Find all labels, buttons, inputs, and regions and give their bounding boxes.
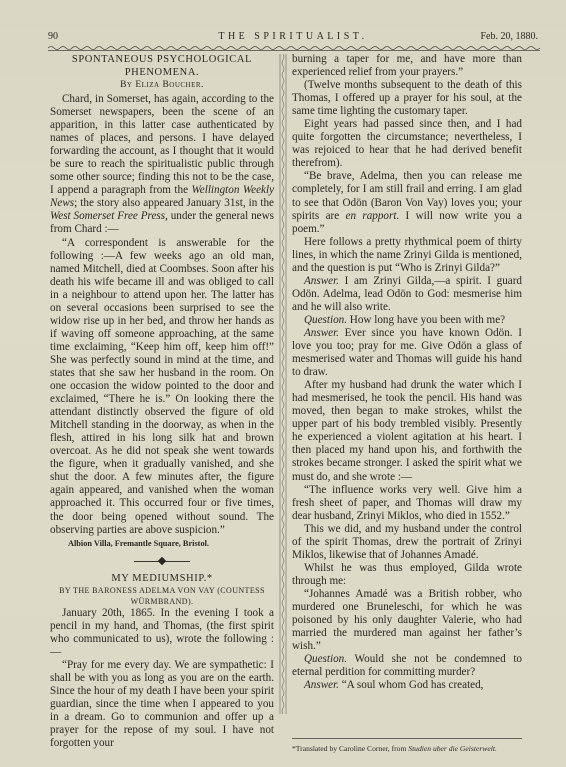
article1-paragraph: “A correspondent is answerable for the f… (50, 237, 274, 537)
article2-paragraph: Whilst he was thus employed, Gilda wrote… (292, 562, 522, 588)
article2-byline-line2: Würmbrand). (50, 596, 274, 607)
answer-paragraph: Answer. Ever since you have known Odön. … (292, 327, 522, 379)
article2-paragraph: (Twelve months subsequent to the death o… (292, 79, 522, 118)
article2-paragraph: January 20th, 1865. In the evening I too… (50, 607, 274, 659)
article2-paragraph: This we did, and my husband under the co… (292, 523, 522, 562)
article2-byline: By the Baroness Adelma von Vay (Countess (50, 585, 274, 596)
answer-paragraph: Answer. “A soul whom God has created, (292, 679, 522, 692)
question-paragraph: Question. How long have you been with me… (292, 314, 522, 327)
article2-title: MY MEDIUMSHIP.* (50, 572, 274, 585)
article1-title: SPONTANEOUS PSYCHOLOGICAL (50, 53, 274, 66)
section-ornament (50, 550, 274, 572)
article2-paragraph: burning a taper for me, and have more th… (292, 53, 522, 79)
answer-paragraph: Answer. I am Zrinyi Gilda,—a spirit. I g… (292, 275, 522, 314)
newspaper-page: 90 THE SPIRITUALIST. Feb. 20, 1880. SPON… (0, 0, 566, 767)
article1-byline: By Eliza Boucher. (50, 79, 274, 92)
footnote-rule (292, 738, 522, 739)
article1-signature: Albion Villa, Fremantle Square, Bristol. (50, 537, 274, 550)
article1-title-line2: PHENOMENA. (50, 66, 274, 79)
article2-paragraph: “The influence works very well. Give him… (292, 484, 522, 523)
article2-paragraph: “Be brave, Adelma, then you can release … (292, 170, 522, 235)
article2-paragraph: “Johannes Amadé was a British robber, wh… (292, 588, 522, 653)
article2-paragraph: “Pray for me every day. We are sympathet… (50, 659, 274, 750)
article2-paragraph: Here follows a pretty rhythmical poem of… (292, 236, 522, 275)
right-column: burning a taper for me, and have more th… (292, 53, 522, 692)
header-wavy-rule (48, 45, 540, 51)
publication-title: THE SPIRITUALIST. (48, 31, 538, 42)
article1-paragraph: Chard, in Somerset, has again, according… (50, 93, 274, 237)
left-column: SPONTANEOUS PSYCHOLOGICAL PHENOMENA. By … (50, 53, 274, 750)
footnote: *Translated by Caroline Corner, from Stu… (292, 744, 524, 754)
column-divider (279, 54, 287, 714)
article2-paragraph: After my husband had drunk the water whi… (292, 379, 522, 483)
page-header: 90 THE SPIRITUALIST. Feb. 20, 1880. (48, 31, 538, 45)
issue-date: Feb. 20, 1880. (481, 31, 539, 42)
article2-paragraph: Eight years had passed since then, and I… (292, 118, 522, 170)
question-paragraph: Question. Would she not be condemned to … (292, 653, 522, 679)
